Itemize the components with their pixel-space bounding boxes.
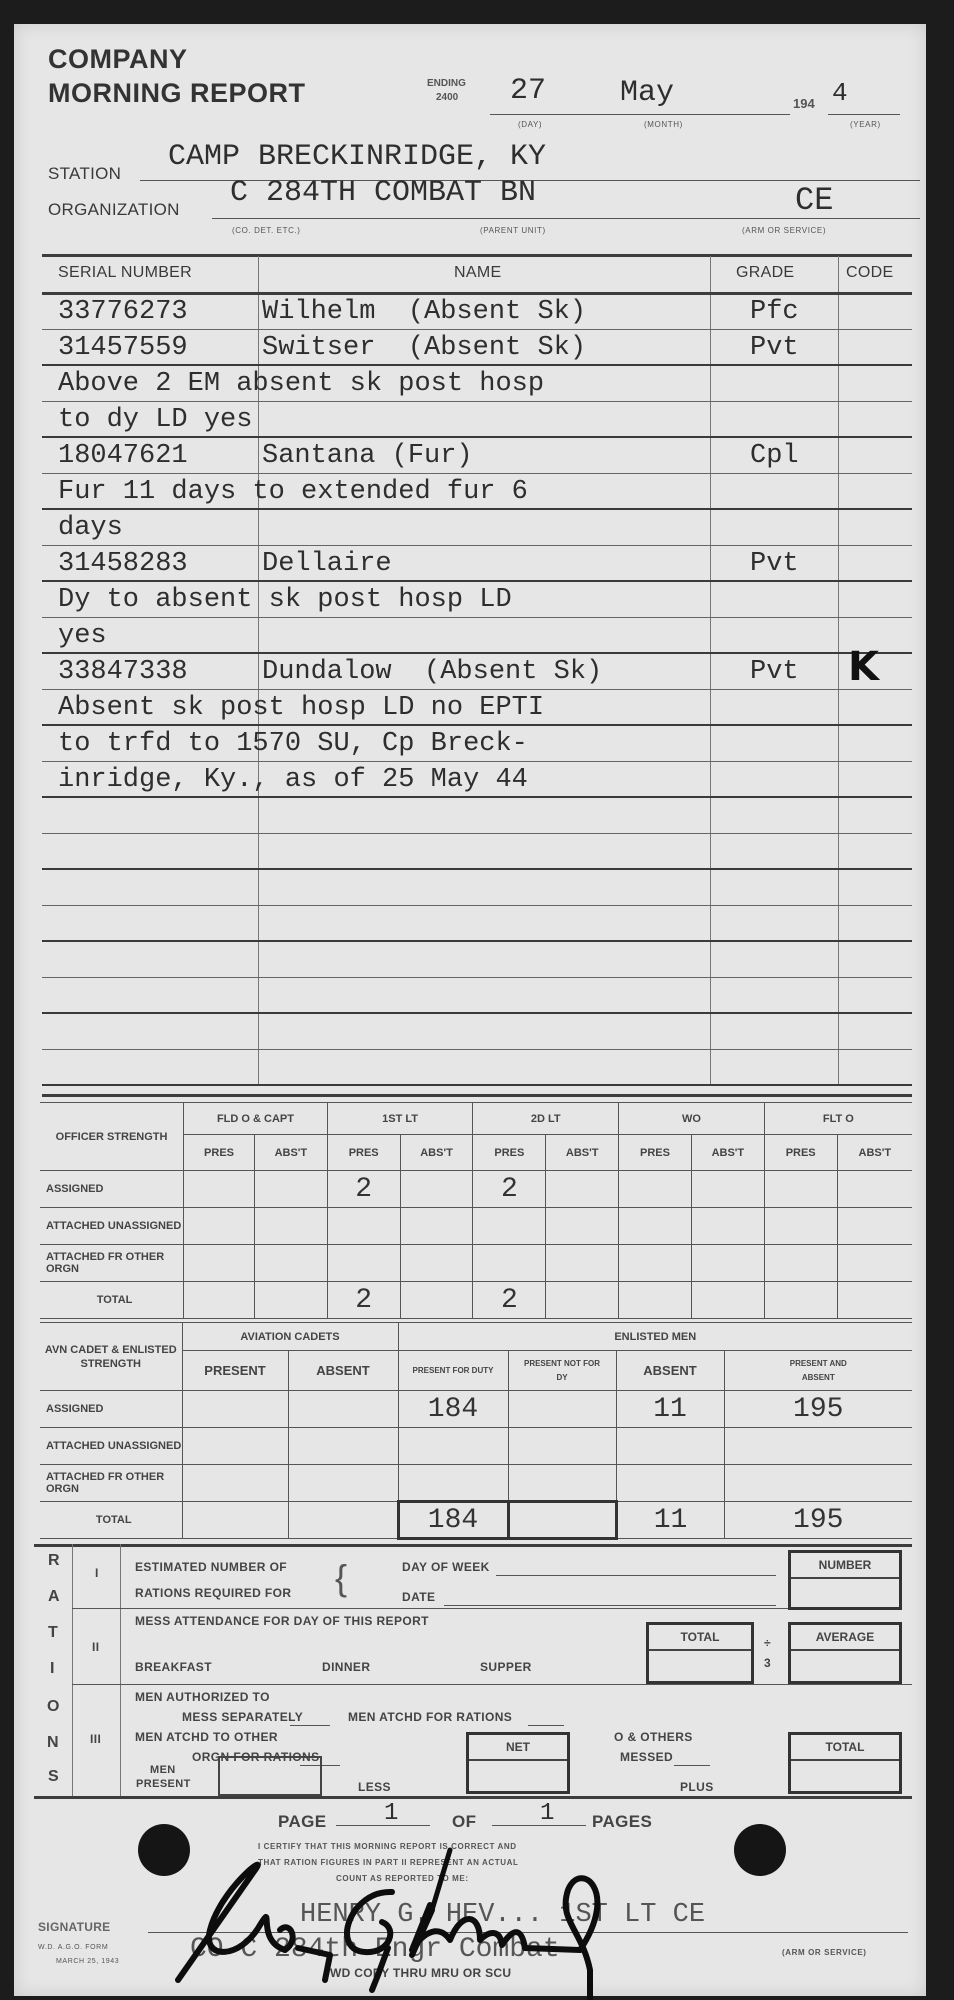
list-row-remark: yes bbox=[42, 618, 912, 654]
men-atchd-other-label: MEN ATCHD TO OTHER bbox=[135, 1730, 278, 1744]
list-row-empty bbox=[42, 1014, 912, 1050]
grade: Pvt bbox=[750, 657, 799, 687]
ending-label: ENDING bbox=[427, 78, 466, 89]
day-of-week-field[interactable] bbox=[496, 1566, 776, 1576]
side-letter: I bbox=[50, 1660, 55, 1678]
row-label: ATTACHED UNASSIGNED bbox=[40, 1208, 184, 1245]
organization-value: C 284TH COMBAT BN bbox=[230, 176, 536, 210]
side-letter: R bbox=[48, 1552, 60, 1570]
serial-number: 31458283 bbox=[58, 549, 188, 579]
of-label: OF bbox=[452, 1812, 476, 1832]
remark-text: days bbox=[58, 513, 123, 543]
cell-1st-lt-pres: 2 bbox=[327, 1171, 400, 1208]
list-row-remark: to dy LD yes bbox=[42, 402, 912, 438]
org-caption-parent: (PARENT UNIT) bbox=[480, 226, 546, 235]
soldier-name: Santana (Fur) bbox=[262, 441, 473, 471]
net-box-label: NET bbox=[469, 1735, 567, 1761]
list-row-empty bbox=[42, 1050, 912, 1086]
col-present-and-absent: PRESENT AND ABSENT bbox=[724, 1351, 912, 1391]
side-letter: A bbox=[48, 1588, 60, 1606]
cell-2d-lt-pres: 2 bbox=[473, 1171, 546, 1208]
cell bbox=[546, 1282, 619, 1319]
rations-total-label: TOTAL bbox=[791, 1735, 899, 1761]
station-value: CAMP BRECKINRIDGE, KY bbox=[168, 140, 546, 174]
group-header: FLD O & CAPT bbox=[184, 1103, 328, 1135]
list-row-empty bbox=[42, 798, 912, 834]
list-row-entry: 33776273 Wilhelm (Absent Sk) Pfc bbox=[42, 294, 912, 330]
cell bbox=[764, 1282, 837, 1319]
month-caption: (MONTH) bbox=[644, 120, 683, 129]
enlisted-row-attached-other: ATTACHED FR OTHER ORGN bbox=[40, 1465, 912, 1502]
page-underline bbox=[336, 1822, 430, 1826]
cell-2d-lt-pres: 2 bbox=[473, 1282, 546, 1319]
officer-row-attached-other: ATTACHED FR OTHER ORGN bbox=[40, 1245, 912, 1282]
date-underline bbox=[490, 114, 790, 115]
org-caption-co: (CO. DET. ETC.) bbox=[232, 226, 301, 235]
mess-separately-field[interactable] bbox=[290, 1716, 330, 1726]
number-box-label: NUMBER bbox=[791, 1553, 899, 1579]
mess-attendance-label: MESS ATTENDANCE FOR DAY OF THIS REPORT bbox=[135, 1614, 429, 1628]
remark-text: Absent sk post hosp LD no EPTI bbox=[58, 693, 544, 723]
cell bbox=[546, 1171, 619, 1208]
signature-label: SIGNATURE bbox=[38, 1920, 110, 1934]
subcol-pres: PRES bbox=[619, 1135, 692, 1171]
group-header: 1ST LT bbox=[327, 1103, 473, 1135]
subcol-abst: ABS'T bbox=[837, 1135, 912, 1171]
subcol-pres: PRES bbox=[327, 1135, 400, 1171]
cell bbox=[837, 1282, 912, 1319]
cell-present-and-absent: 195 bbox=[724, 1391, 912, 1428]
remark-text: inridge, Ky., as of 25 May 44 bbox=[58, 765, 528, 795]
messed-label: MESSED bbox=[620, 1750, 673, 1764]
cell-absent: 11 bbox=[616, 1391, 724, 1428]
arm-caption: (ARM OR SERVICE) bbox=[782, 1948, 867, 1957]
cell bbox=[764, 1171, 837, 1208]
day-value: 27 bbox=[510, 74, 546, 108]
list-row-empty bbox=[42, 834, 912, 870]
cell bbox=[619, 1282, 692, 1319]
enlisted-row-attached-unassigned: ATTACHED UNASSIGNED bbox=[40, 1428, 912, 1465]
side-letter: N bbox=[47, 1734, 59, 1752]
list-row-remark: Above 2 EM absent sk post hosp bbox=[42, 366, 912, 402]
list-row-remark: Absent sk post hosp LD no EPTI bbox=[42, 690, 912, 726]
cell bbox=[400, 1282, 473, 1319]
remark-text: Above 2 EM absent sk post hosp bbox=[58, 369, 544, 399]
mess-total-box[interactable]: TOTAL bbox=[646, 1622, 754, 1684]
subcol-abst: ABS'T bbox=[400, 1135, 473, 1171]
list-row-entry: 33847338 Dundalow (Absent Sk) Pvt K bbox=[42, 654, 912, 690]
breakfast-label: BREAKFAST bbox=[135, 1660, 212, 1674]
row-label: ASSIGNED bbox=[40, 1171, 184, 1208]
mess-separately-label: MESS SEPARATELY bbox=[182, 1710, 303, 1724]
group-header-cadets: AVIATION CADETS bbox=[182, 1323, 398, 1351]
subcol-abst: ABS'T bbox=[691, 1135, 764, 1171]
list-row-remark: to trfd to 1570 SU, Cp Breck- bbox=[42, 726, 912, 762]
soldier-name: Dundalow (Absent Sk) bbox=[262, 657, 602, 687]
pages-label: PAGES bbox=[592, 1812, 652, 1832]
rations-top-rule bbox=[34, 1544, 912, 1547]
day-caption: (DAY) bbox=[518, 120, 542, 129]
page-label: PAGE bbox=[278, 1812, 327, 1832]
grade: Cpl bbox=[750, 441, 799, 471]
section-numeral: II bbox=[92, 1640, 99, 1654]
col-present-not-for-duty: PRESENT NOT FOR DY bbox=[508, 1351, 616, 1391]
enlisted-strength-table: AVN CADET & ENLISTED STRENGTH AVIATION C… bbox=[40, 1322, 912, 1540]
cell bbox=[400, 1171, 473, 1208]
rations-side-divider bbox=[72, 1544, 73, 1796]
men-present-label: MEN bbox=[150, 1764, 176, 1776]
list-row-entry: 18047621 Santana (Fur) Cpl bbox=[42, 438, 912, 474]
remark-text: to trfd to 1570 SU, Cp Breck- bbox=[58, 729, 528, 759]
group-header: FLT O bbox=[764, 1103, 912, 1135]
officer-row-total: TOTAL 2 2 bbox=[40, 1282, 912, 1319]
col-header-name: NAME bbox=[454, 264, 501, 282]
serial-number: 33847338 bbox=[58, 657, 188, 687]
list-row-empty bbox=[42, 978, 912, 1014]
organization-label: ORGANIZATION bbox=[48, 200, 180, 220]
cell bbox=[691, 1282, 764, 1319]
day-of-week-label: DAY OF WEEK bbox=[402, 1560, 490, 1574]
row-label: ATTACHED UNASSIGNED bbox=[40, 1428, 182, 1465]
officer-row-assigned: ASSIGNED 2 2 bbox=[40, 1171, 912, 1208]
officer-strength-table: OFFICER STRENGTH FLD O & CAPT 1ST LT 2D … bbox=[40, 1102, 912, 1319]
list-row-entry: 31458283 Dellaire Pvt bbox=[42, 546, 912, 582]
form-number: W.D. A.G.O. FORM bbox=[38, 1944, 108, 1951]
group-header: 2D LT bbox=[473, 1103, 619, 1135]
remark-text: yes bbox=[58, 621, 107, 651]
list-row-empty bbox=[42, 906, 912, 942]
cell-absent: 11 bbox=[616, 1502, 724, 1539]
mess-average-box[interactable]: AVERAGE bbox=[788, 1622, 902, 1684]
row-label: ATTACHED FR OTHER ORGN bbox=[40, 1245, 184, 1282]
divisor: 3 bbox=[764, 1656, 771, 1670]
less-label: LESS bbox=[358, 1780, 391, 1794]
col-present: PRESENT bbox=[182, 1351, 288, 1391]
handwritten-signature-icon bbox=[150, 1830, 710, 2000]
section-i-label: ESTIMATED NUMBER OF bbox=[135, 1560, 287, 1574]
month-value: May bbox=[620, 76, 674, 110]
col-absent-em: ABSENT bbox=[616, 1351, 724, 1391]
form-title-line2: MORNING REPORT bbox=[48, 78, 306, 109]
subcol-pres: PRES bbox=[184, 1135, 255, 1171]
divide-icon: ÷ bbox=[764, 1636, 771, 1650]
grade: Pvt bbox=[750, 333, 799, 363]
cell bbox=[254, 1282, 327, 1319]
pages-underline bbox=[492, 1822, 586, 1826]
remark-text: Dy to absent sk post hosp LD bbox=[58, 585, 512, 615]
year-prefix: 194 bbox=[793, 96, 815, 111]
officers-others-label: O & OTHERS bbox=[614, 1730, 693, 1744]
brace-icon: { bbox=[335, 1556, 347, 1600]
messed-field[interactable] bbox=[674, 1756, 710, 1766]
cell bbox=[619, 1171, 692, 1208]
list-row-remark: Dy to absent sk post hosp LD bbox=[42, 582, 912, 618]
row-label: ASSIGNED bbox=[40, 1391, 182, 1428]
men-present-box[interactable] bbox=[218, 1756, 322, 1796]
year-underline bbox=[828, 114, 900, 115]
enlisted-row-total: TOTAL 184 11 195 bbox=[40, 1502, 912, 1539]
cell bbox=[288, 1502, 398, 1539]
men-authorized-label: MEN AUTHORIZED TO bbox=[135, 1690, 270, 1704]
col-present-for-duty: PRESENT FOR DUTY bbox=[398, 1351, 508, 1391]
remark-text: to dy LD yes bbox=[58, 405, 252, 435]
cell bbox=[508, 1391, 616, 1428]
soldier-name: Switser (Absent Sk) bbox=[262, 333, 586, 363]
cell-present-and-absent: 195 bbox=[724, 1502, 912, 1539]
cell bbox=[254, 1171, 327, 1208]
officer-strength-title: OFFICER STRENGTH bbox=[40, 1103, 184, 1171]
grade: Pvt bbox=[750, 549, 799, 579]
enlisted-row-assigned: ASSIGNED 184 11 195 bbox=[40, 1391, 912, 1428]
list-row-entry: 31457559 Switser (Absent Sk) Pvt bbox=[42, 330, 912, 366]
date-label: DATE bbox=[402, 1590, 435, 1604]
total-pages: 1 bbox=[540, 1800, 554, 1827]
serial-number: 18047621 bbox=[58, 441, 188, 471]
rations-bottom-rule bbox=[34, 1796, 912, 1799]
plus-label: PLUS bbox=[680, 1780, 714, 1794]
side-letter: T bbox=[48, 1624, 58, 1642]
cell-present-for-duty: 184 bbox=[398, 1502, 508, 1539]
list-row-remark: inridge, Ky., as of 25 May 44 bbox=[42, 762, 912, 798]
men-atchd-for-rations-label: MEN ATCHD FOR RATIONS bbox=[348, 1710, 512, 1724]
list-row-empty bbox=[42, 942, 912, 978]
subcol-abst: ABS'T bbox=[546, 1135, 619, 1171]
punch-hole-right bbox=[734, 1824, 786, 1876]
col-header-code: CODE bbox=[846, 264, 893, 282]
side-letter: S bbox=[48, 1768, 59, 1786]
row-label: TOTAL bbox=[40, 1502, 182, 1539]
grade: Pfc bbox=[750, 297, 799, 327]
group-header: WO bbox=[619, 1103, 765, 1135]
section-i-label: RATIONS REQUIRED FOR bbox=[135, 1586, 291, 1600]
date-field[interactable] bbox=[444, 1596, 776, 1606]
col-absent: ABSENT bbox=[288, 1351, 398, 1391]
arm-or-service-value: CE bbox=[795, 182, 833, 219]
list-top-rule bbox=[42, 254, 912, 257]
cell bbox=[182, 1391, 288, 1428]
organization-underline bbox=[212, 218, 920, 219]
cell-present-for-duty: 184 bbox=[398, 1391, 508, 1428]
list-row-empty bbox=[42, 870, 912, 906]
serial-number: 31457559 bbox=[58, 333, 188, 363]
cell bbox=[288, 1391, 398, 1428]
serial-number: 33776273 bbox=[58, 297, 188, 327]
row-label: TOTAL bbox=[40, 1282, 184, 1319]
subcol-pres: PRES bbox=[764, 1135, 837, 1171]
rations-total-box[interactable]: TOTAL bbox=[788, 1732, 902, 1794]
supper-label: SUPPER bbox=[480, 1660, 532, 1674]
cell bbox=[508, 1502, 616, 1539]
station-label: STATION bbox=[48, 164, 121, 184]
men-present-label: PRESENT bbox=[136, 1778, 191, 1790]
remark-text: Fur 11 days to extended fur 6 bbox=[58, 477, 528, 507]
men-atchd-for-rations-field[interactable] bbox=[528, 1716, 564, 1726]
group-header-enlisted: ENLISTED MEN bbox=[398, 1323, 912, 1351]
year-caption: (YEAR) bbox=[850, 120, 881, 129]
section-i-rule bbox=[72, 1608, 872, 1609]
soldier-name: Dellaire bbox=[262, 549, 392, 579]
cell bbox=[837, 1171, 912, 1208]
ending-time: 2400 bbox=[436, 92, 458, 103]
enlisted-strength-title: AVN CADET & ENLISTED STRENGTH bbox=[40, 1323, 182, 1391]
section-numeral: I bbox=[95, 1566, 99, 1580]
rations-numeral-divider bbox=[120, 1544, 121, 1796]
soldier-name: Wilhelm (Absent Sk) bbox=[262, 297, 586, 327]
section-ii-rule bbox=[72, 1684, 912, 1685]
cell bbox=[184, 1282, 255, 1319]
section-numeral: III bbox=[90, 1732, 101, 1746]
subcol-abst: ABS'T bbox=[254, 1135, 327, 1171]
form-title-line1: COMPANY bbox=[48, 44, 188, 75]
cell bbox=[691, 1171, 764, 1208]
list-row-remark: Fur 11 days to extended fur 6 bbox=[42, 474, 912, 510]
page-number: 1 bbox=[384, 1800, 398, 1827]
row-label: ATTACHED FR OTHER ORGN bbox=[40, 1465, 182, 1502]
net-box[interactable]: NET bbox=[466, 1732, 570, 1794]
col-header-grade: GRADE bbox=[736, 264, 794, 282]
average-box-label: AVERAGE bbox=[791, 1625, 899, 1651]
cell-1st-lt-pres: 2 bbox=[327, 1282, 400, 1319]
org-caption-arm: (ARM OR SERVICE) bbox=[742, 226, 826, 235]
total-box-label: TOTAL bbox=[649, 1625, 751, 1651]
form-date: MARCH 25, 1943 bbox=[56, 1958, 119, 1965]
cell bbox=[182, 1502, 288, 1539]
year-digit: 4 bbox=[832, 78, 848, 108]
officer-row-attached-unassigned: ATTACHED UNASSIGNED bbox=[40, 1208, 912, 1245]
list-row-remark: days bbox=[42, 510, 912, 546]
col-header-serial: SERIAL NUMBER bbox=[58, 264, 192, 282]
list-bottom-rule bbox=[42, 1094, 912, 1097]
cell bbox=[184, 1171, 255, 1208]
number-box[interactable]: NUMBER bbox=[788, 1550, 902, 1610]
side-letter: O bbox=[47, 1698, 60, 1716]
subcol-pres: PRES bbox=[473, 1135, 546, 1171]
dinner-label: DINNER bbox=[322, 1660, 370, 1674]
status-code-mark: K bbox=[848, 644, 879, 690]
